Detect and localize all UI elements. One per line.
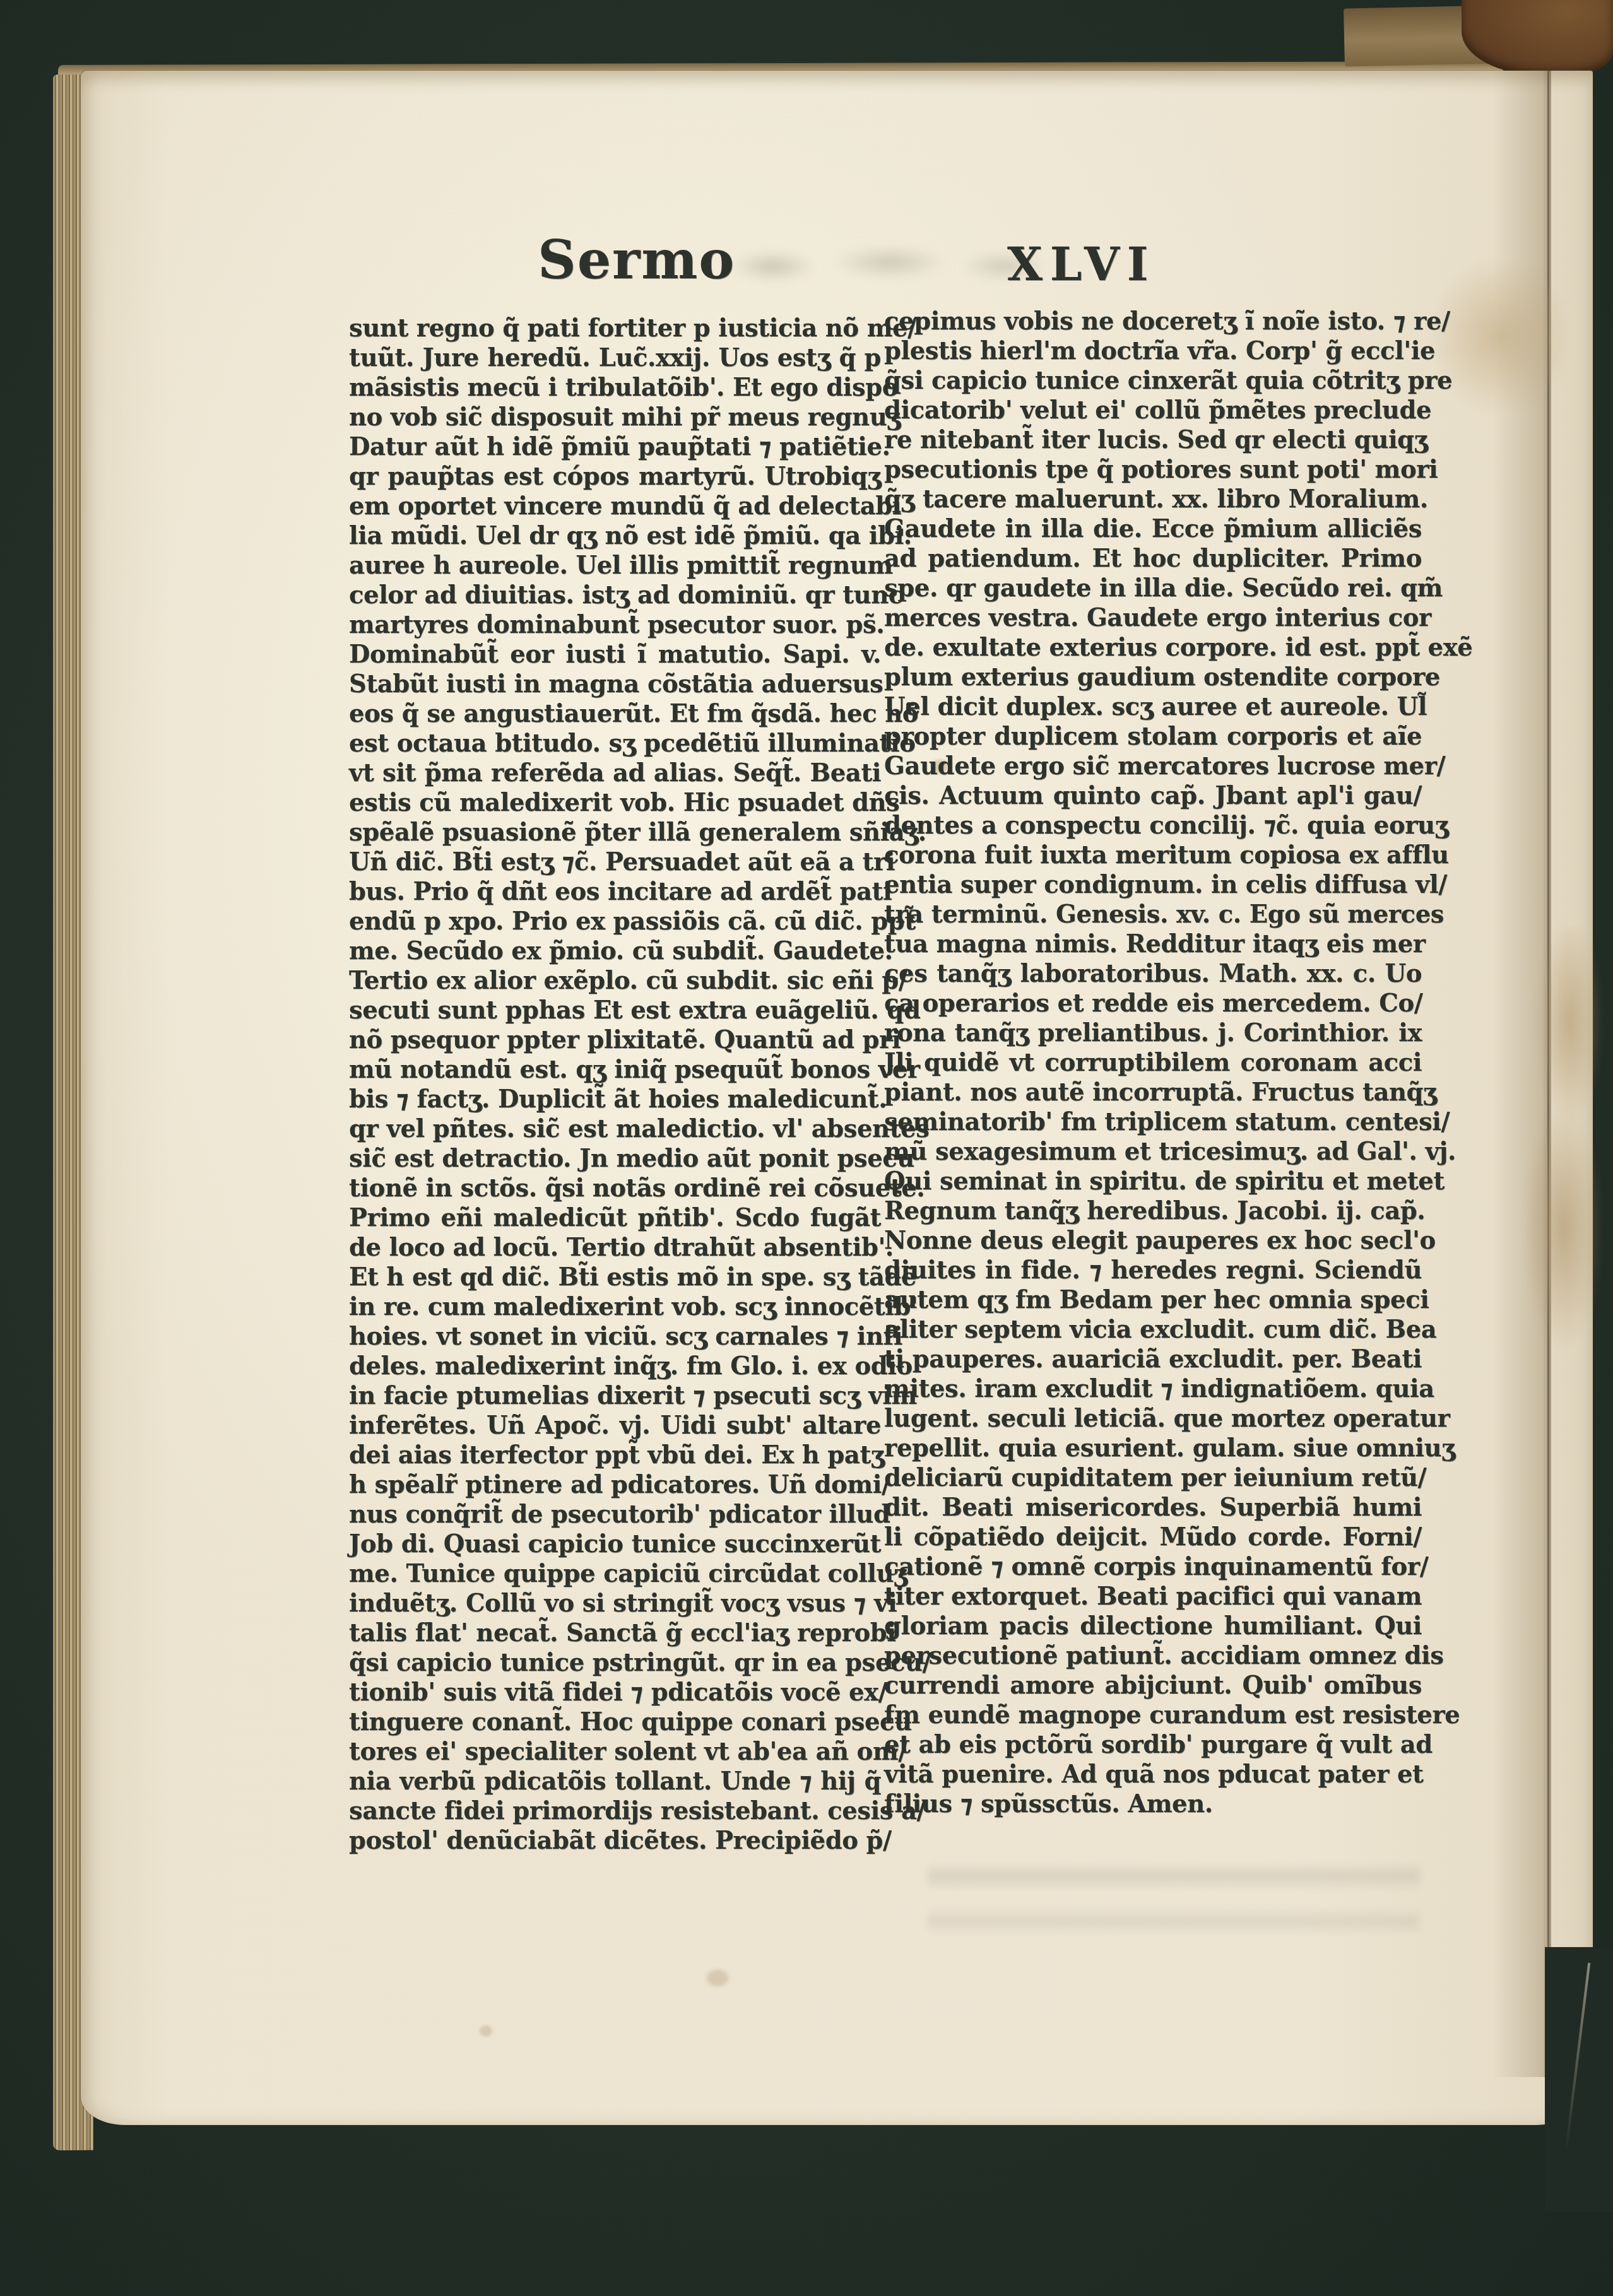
text-line: nia verbũ pdicatõis tollant. Unde ⁊ hij … [349,1767,881,1796]
text-line: et ab eis pctõrũ sordib' purgare q̃ vult… [884,1730,1422,1760]
text-line: em oportet vincere mundũ q̃ ad delectabi [349,492,881,521]
text-line: de loco ad locũ. Tertio dtrahũt absentib… [349,1233,881,1263]
text-line: Tertio ex alior exẽplo. cũ subdit. sic e… [349,966,881,996]
text-line: nus conq̃rit̃ de psecutorib' pdicator il… [349,1500,881,1529]
text-line: me. Secũdo ex p̃mio. cũ subdit̃. Gaudete… [349,936,881,966]
text-line: sunt regno q̃ pati fortiter p iusticia n… [349,314,881,343]
text-line: Qui seminat in spiritu. de spiritu et me… [884,1167,1422,1196]
text-line: postol' denũciabãt dicẽtes. Precipiẽdo p… [349,1826,881,1856]
text-line: tra terminũ. Genesis. xv. c. Ego sũ merc… [884,900,1422,929]
text-line: talis flat' necat̃. Sanctã g̃ eccl'iaʒ r… [349,1618,881,1648]
text-column-right: cepimus vobis ne doceretʒ ĩ noĩe isto. ⁊… [884,307,1422,1819]
text-line: propter duplicem stolam corporis et aĩe [884,722,1422,751]
text-line: piant. nos autẽ incorruptã. Fructus tanq… [884,1078,1422,1107]
show-through-smudge-header [726,225,1041,300]
text-line: q̃si capicio tunice cinxerãt quia cõtrit… [884,366,1422,396]
show-through-smudge-bottom [928,1855,1420,1950]
text-line: mũ notandũ est. qʒ iniq̃ psequũt̃ bonos … [349,1055,881,1085]
text-line: ca operarios et redde eis mercedem. Co/ [884,989,1422,1018]
text-line: estis cũ maledixerit vob. Hic psuadet dñ… [349,788,881,818]
text-line: Job di. Quasi capicio tunice succinxerũt [349,1529,881,1559]
text-line: Uel dicit duplex. scʒ auree et aureole. … [884,692,1422,722]
text-line: mãsistis mecũ i tribulatõib'. Et ego dis… [349,373,881,403]
text-line: in facie ptumelias dixerit ⁊ psecuti scʒ… [349,1381,881,1411]
text-line: endũ p xpo. Prio ex passiõis cã. cũ dic̃… [349,907,881,936]
text-line: qr vel pñtes. sic̃ est maledictio. vl' a… [349,1114,881,1144]
text-line: ad patiendum. Et hoc dupliciter. Primo [884,544,1422,574]
text-line: tores ei' specialiter solent vt ab'ea añ… [349,1737,881,1767]
text-line: vitã puenire. Ad quã nos pducat pater et [884,1760,1422,1789]
text-line: cationẽ ⁊ omnẽ corpis inquinamentũ for/ [884,1552,1422,1582]
text-line: de. exultate exterius corpore. id est. p… [884,633,1422,662]
text-line: me. Tunice quippe capiciũ circũdat collu… [349,1559,881,1589]
text-line: ti pauperes. auariciã excludit. per. Bea… [884,1345,1422,1374]
foxing-spot [707,1970,728,1986]
text-line: nõ psequor ppter plixitatẽ. Quantũ ad pr… [349,1025,881,1055]
text-line: q̃si capicio tunice pstringũt. qr in ea … [349,1648,881,1678]
text-line: merces vestra. Gaudete ergo interius cor [884,603,1422,633]
text-line: deles. maledixerint inq̃ʒ. fm Glo. i. ex… [349,1351,881,1381]
text-line: martyres dominabunt̃ psecutor suor. ps̃. [349,610,881,640]
text-line: secuti sunt pphas Et est extra euãgeliũ.… [349,996,881,1025]
text-line: tuũt. Jure heredũ. Luc̃.xxij. Uos estʒ q… [349,343,881,373]
text-line: cepimus vobis ne doceretʒ ĩ noĩe isto. ⁊… [884,307,1422,336]
text-line: spe. qr gaudete in illa die. Secũdo rei.… [884,574,1422,603]
text-line: Dominabũt̃ eor iusti ĩ matutio. Sapi. v. [349,640,881,669]
text-column-left: sunt regno q̃ pati fortiter p iusticia n… [349,314,881,1856]
text-line: plestis hierl'm doctrĩa vr̃a. Corp' g̃ e… [884,336,1422,366]
text-line: eos q̃ se angustiauerũt. Et fm q̃sdã. he… [349,699,881,729]
text-line: Nonne deus elegit pauperes ex hoc secl'o [884,1226,1422,1256]
text-line: Regnum tanq̃ʒ heredibus. Jacobi. ij. cap… [884,1196,1422,1226]
text-line: sic̃ est detractio. Jn medio aũt ponit p… [349,1144,881,1174]
text-line: hoies. vt sonet in viciũ. scʒ carnales ⁊… [349,1322,881,1351]
text-line: est octaua btitudo. sʒ pcedẽtiũ illumina… [349,729,881,758]
text-line: Uñ dic̃. Bt̃i estʒ ⁊c̃. Persuadet aũt eã… [349,847,881,877]
text-line: persecutionẽ patiunt̃. accidiam omnez di… [884,1641,1422,1671]
running-title: Sermo [538,228,735,291]
text-line: Gaudete ergo sic̃ mercatores lucrose mer… [884,751,1422,781]
text-line: inferẽtes. Uñ Apoc̃. vj. Uidi subt' alta… [349,1411,881,1440]
text-line: mũ sexagesimum et tricesimuʒ. ad Gal'. v… [884,1137,1422,1167]
text-line: entia super condignum. in celis diffusa … [884,870,1422,900]
text-line: dicatorib' velut ei' collũ p̃mẽtes precl… [884,396,1422,425]
text-line: psecutionis tpe q̃ potiores sunt poti' m… [884,455,1422,485]
text-line: gloriam pacis dilectione humiliant. Qui [884,1611,1422,1641]
text-line: dei aias iterfector ppt̃ vbũ dei. Ex h p… [349,1440,881,1470]
text-line: q̃ʒ tacere maluerunt. xx. libro Moralium… [884,485,1422,514]
text-line: tinguere conant̃. Hoc quippe conari psec… [349,1707,881,1737]
text-line: currendi amore abijciunt. Quib' omĩbus [884,1671,1422,1700]
text-line: deliciarũ cupiditatem per ieiunium retũ/ [884,1463,1422,1493]
text-line: dentes a conspectu concilij. ⁊c̃. quia e… [884,811,1422,840]
text-line: Primo eñi maledicũt pñtib'. Scdo fugãt [349,1203,881,1233]
text-line: auree h aureole. Uel illis pmittit̃ regn… [349,551,881,580]
text-line: no vob sic̃ disposuit mihi pr̃ meus regn… [349,403,881,432]
text-line: tua magna nimis. Redditur itaqʒ eis mer [884,929,1422,959]
text-line: plum exterius gaudium ostendite corpore [884,662,1422,692]
text-line: seminatorib' fm triplicem statum. centes… [884,1107,1422,1137]
text-line: Datur aũt h idẽ p̃miũ paup̃tati ⁊ patiẽt… [349,432,881,462]
text-line: ces tanq̃ʒ laboratoribus. Math. xx. c. U… [884,959,1422,989]
background-notch [1545,1947,1613,2212]
text-line: Jli quidẽ vt corruptibilem coronam acci [884,1048,1422,1078]
text-line: dit. Beati misericordes. Superbiã humi [884,1493,1422,1522]
text-line: rona tanq̃ʒ preliantibus. j. Corinthior.… [884,1018,1422,1048]
text-line: repellit. quia esurient. gulam. siue omn… [884,1434,1422,1463]
text-line: bus. Prio q̃ dñt eos incitare ad ardẽt̃ … [349,877,881,907]
text-line: tionẽ in sctõs. q̃si notãs ordinẽ rei cõ… [349,1174,881,1203]
text-line: induẽtʒ. Collũ vo si stringit̃ vocʒ vsus… [349,1589,881,1618]
text-line: mites. iram excludit ⁊ indignatiõem. qui… [884,1374,1422,1404]
text-line: Gaudete in illa die. Ecce p̃mium alliciẽ… [884,514,1422,544]
foxing-spot [480,2025,492,2037]
text-line: cis. Actuum quinto cap̃. Jbant apl'i gau… [884,781,1422,811]
text-line: sancte fidei primordijs resistebant. ces… [349,1796,881,1826]
text-line: re nitebant̃ iter lucis. Sed qr electi q… [884,425,1422,455]
text-line: filius ⁊ spũssctũs. Amen. [884,1789,1422,1819]
folio-number: XLVI [1007,237,1156,291]
text-line: spẽalẽ psuasionẽ p̃ter illã generalem sñ… [349,818,881,847]
text-line: titer extorquet. Beati pacifici qui vana… [884,1582,1422,1611]
water-stain-middle [1475,927,1602,1357]
text-line: autem qʒ fm Bedam per hec omnia speci [884,1285,1422,1315]
text-line: aliter septem vicia excludit. cum dic̃. … [884,1315,1422,1345]
text-line: bis ⁊ factʒ. Duplicit̃ ãt hoies maledicu… [349,1085,881,1114]
text-line: fm eundẽ magnope curandum est resistere [884,1700,1422,1730]
text-line: qr paup̃tas est cópos martyrũ. Utrobiqʒ [349,462,881,492]
text-line: li cõpatiẽdo deijcit. Mũdo corde. Forni/ [884,1522,1422,1552]
text-line: corona fuit iuxta meritum copiosa ex aff… [884,840,1422,870]
text-line: celor ad diuitias. istʒ ad dominiũ. qr t… [349,580,881,610]
text-line: lugent. seculi leticiã. que mortez opera… [884,1404,1422,1434]
text-line: diuites in fide. ⁊ heredes regni. Sciend… [884,1256,1422,1285]
text-line: Et h est qd dic̃. Bt̃i estis mõ in spe. … [349,1263,881,1292]
text-line: tionib' suis vitã fidei ⁊ pdicatõis vocẽ… [349,1678,881,1707]
text-line: h spẽalr̃ ptinere ad pdicatores. Uñ domi… [349,1470,881,1500]
text-line: lia mũdi. Uel dr qʒ nõ est idẽ p̃miũ. qa… [349,521,881,551]
text-line: in re. cum maledixerint vob. scʒ innocẽt… [349,1292,881,1322]
text-line: vt sit p̃ma referẽda ad alias. Seq̃t̃. B… [349,758,881,788]
text-line: Stabũt iusti in magna cõstãtia aduersus [349,669,881,699]
